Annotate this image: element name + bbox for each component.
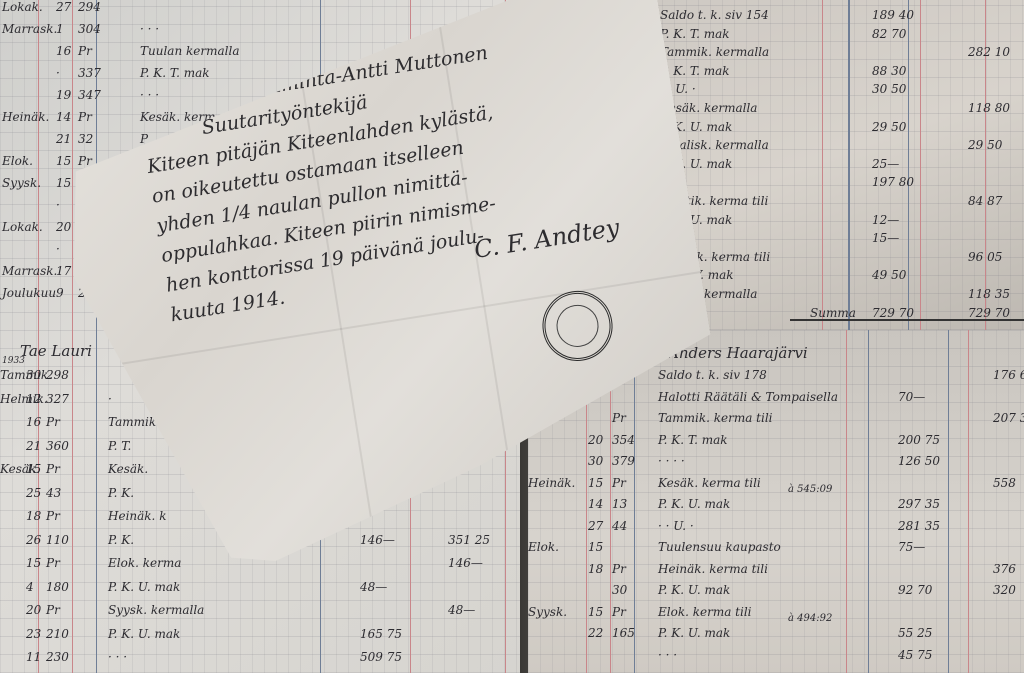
fold-crease [436,9,519,523]
ledger-rule [634,330,635,673]
row-amount: 82 70 [872,27,906,41]
row-month: Marrask. [2,22,57,36]
row-total: 118 80 [968,101,1010,115]
row-total: 376 [993,562,1016,576]
row-ref: Pr [46,415,60,429]
row-amount: 200 75 [898,433,940,447]
row-ref: 110 [46,533,69,547]
row-total: 729 70 [968,306,1010,320]
row-text: P. K. T. mak [660,64,730,78]
row-ref: Pr [78,110,92,124]
row-label: Summa [810,306,856,320]
row-text: · · · [658,648,677,662]
row-ref: 304 [78,22,101,36]
row-day: 20 [588,433,603,447]
row-text: Saldo t. k. siv 154 [660,8,769,22]
row-amount: 30 50 [872,82,906,96]
row-text: Syysk. kermalla [108,603,204,617]
row-total: 176 6 [993,368,1024,382]
row-day: 15 [56,176,71,190]
ledger-rule [72,0,73,673]
row-text: · · · [140,22,159,36]
row-total: 558 [993,476,1016,490]
row-day: 9 [56,286,64,300]
row-text: Kesäk. kerma tili [658,476,761,490]
row-day: 21 [56,132,71,146]
row-amount: 55 25 [898,626,932,640]
row-ref: 30 [612,583,627,597]
row-day: 18 [588,562,603,576]
row-day: 14 [588,497,603,511]
account-header: Anders Haarajärvi [668,344,808,362]
row-day: 15 [56,154,71,168]
row-day: 20 [26,603,41,617]
official-stamp [537,286,617,366]
row-total: 207 3 [993,411,1024,425]
row-day: · [56,198,60,212]
row-month: Elok. [2,154,33,168]
row-text: Halotti Räätäli & Tompaisella [658,390,838,404]
row-amount: 48— [360,580,387,594]
row-text: P. K. U. mak [658,497,730,511]
row-day: · [56,242,60,256]
row-text: · [108,392,112,406]
row-text: · · · [108,650,127,664]
row-ref: 294 [78,0,101,14]
row-amount: 165 75 [360,627,402,641]
ledger-rule [848,0,850,330]
row-day: 22 [588,626,603,640]
ledger-rule [920,0,921,330]
section-title: Tae Lauri [20,342,92,360]
row-ref: Pr [46,603,60,617]
row-day: 25 [26,486,41,500]
row-month: Lokak. [2,0,43,14]
row-text: Tuulensuu kaupasto [658,540,781,554]
row-day: 4 [26,580,34,594]
row-day: 23 [26,627,41,641]
row-day: 14 [56,110,71,124]
row-ref: Pr [78,44,92,58]
row-text: · · · · [658,454,685,468]
row-ref: Pr [612,605,626,619]
row-day: 11 [26,650,41,664]
row-amount: 281 35 [898,519,940,533]
signature: C. F. Andtey [472,213,621,264]
row-total: 96 05 [968,250,1002,264]
row-day: 15 [588,476,603,490]
row-amount: 729 70 [872,306,914,320]
row-ref: 230 [46,650,69,664]
row-text: P. K. U. mak [658,583,730,597]
row-amount: 92 70 [898,583,932,597]
row-amount: 25— [872,157,899,171]
row-total: 48— [448,603,475,617]
row-day: 15 [588,540,603,554]
row-ref: 337 [78,66,101,80]
row-day: 20 [56,220,71,234]
ledger-rule [868,330,869,673]
row-text: P. K. T. mak [658,433,728,447]
row-amount: 88 30 [872,64,906,78]
row-day: 26 [26,533,41,547]
row-total: 146— [448,556,483,570]
ledger-rule [822,0,823,330]
row-ref: 379 [612,454,635,468]
row-text: P. K. U. mak [108,627,180,641]
row-amount: 29 50 [872,120,906,134]
row-ref: 44 [612,519,627,533]
row-month: Syysk. [2,176,41,190]
row-ref: 210 [46,627,69,641]
row-note: à 494:92 [788,613,832,624]
row-amount: 45 75 [898,648,932,662]
row-ref: Pr [612,411,626,425]
row-ref: 327 [46,392,69,406]
row-total: 282 10 [968,45,1010,59]
row-text: P. K. U. mak [108,580,180,594]
row-month: Heinäk. [2,110,49,124]
row-ref: Pr [78,154,92,168]
row-ref: 43 [46,486,61,500]
row-month: Lokak. [2,220,43,234]
row-amount: 197 80 [872,175,914,189]
row-day: 17 [56,264,71,278]
row-text: Tuulan kermalla [140,44,239,58]
row-amount: 75— [898,540,925,554]
row-text: Elok. kerma [108,556,181,570]
row-total: 84 87 [968,194,1002,208]
row-day: 19 [56,88,71,102]
ledger-rule [948,330,949,673]
row-text: · · · [140,88,159,102]
row-day: 16 [26,415,41,429]
row-day: 12 [26,392,41,406]
row-total: 29 50 [968,138,1002,152]
row-amount: 146— [360,533,395,547]
row-ref: 13 [612,497,627,511]
row-text: Elok. kerma tili [658,605,752,619]
year-note: 1933 [2,356,25,366]
row-text: Tammik. [108,415,160,429]
row-ref: Pr [46,556,60,570]
row-text: P. K. T. mak [660,27,730,41]
row-amount: 15— [872,231,899,245]
row-day: 18 [26,509,41,523]
row-ref: Pr [612,562,626,576]
ledger-rule [968,330,969,673]
ledger-rule [846,330,847,673]
row-text: Tammik. kerma tili [658,411,773,425]
row-amount: 49 50 [872,268,906,282]
row-text: Heinäk. k [108,509,166,523]
row-day: 27 [56,0,71,14]
row-ref: 360 [46,439,69,453]
row-day: 15 [26,556,41,570]
row-day: 27 [588,519,603,533]
row-ref: Pr [612,476,626,490]
row-total: 351 25 [448,533,490,547]
ledger-rule [38,0,39,673]
row-ref: Pr [46,509,60,523]
ledger-rule [908,0,909,330]
row-total: 320 [993,583,1016,597]
row-ref: 180 [46,580,69,594]
row-text: P. T. [108,439,131,453]
row-day: 30 [588,454,603,468]
row-day: 15 [26,462,41,476]
row-text: · · U. · [658,519,694,533]
row-ref: 347 [78,88,101,102]
row-total: 118 35 [968,287,1010,301]
row-amount: 70— [898,390,925,404]
row-day: 30 [26,368,41,382]
row-note: à 545:09 [788,484,832,495]
row-day: 16 [56,44,71,58]
row-amount: 126 50 [898,454,940,468]
row-day: 21 [26,439,41,453]
row-text: Kesäk. [108,462,148,476]
row-month: Marrask. [2,264,57,278]
row-day: 1 [56,22,64,36]
row-ref: 32 [78,132,93,146]
row-text: Tammik. kermalla [660,45,769,59]
row-text: Heinäk. kerma tili [658,562,768,576]
row-amount: 297 35 [898,497,940,511]
row-month: Syysk. [528,605,567,619]
row-text: P. K. [108,533,134,547]
row-day: 15 [588,605,603,619]
row-ref: 298 [46,368,69,382]
row-text: P. K. [108,486,134,500]
row-month: Heinäk. [528,476,575,490]
stamp-center [553,302,601,350]
row-text: P. K. U. mak [658,626,730,640]
row-ref: Pr [46,462,60,476]
row-text: Saldo t. k. siv 178 [658,368,767,382]
row-day: · [56,66,60,80]
row-month: Joulukuu [2,286,56,300]
row-ref: 354 [612,433,635,447]
row-amount: 12— [872,213,899,227]
row-ref: 165 [612,626,635,640]
row-amount: 189 40 [872,8,914,22]
row-amount: 509 75 [360,650,402,664]
row-text: P. K. T. mak [140,66,210,80]
row-month: Elok. [528,540,559,554]
